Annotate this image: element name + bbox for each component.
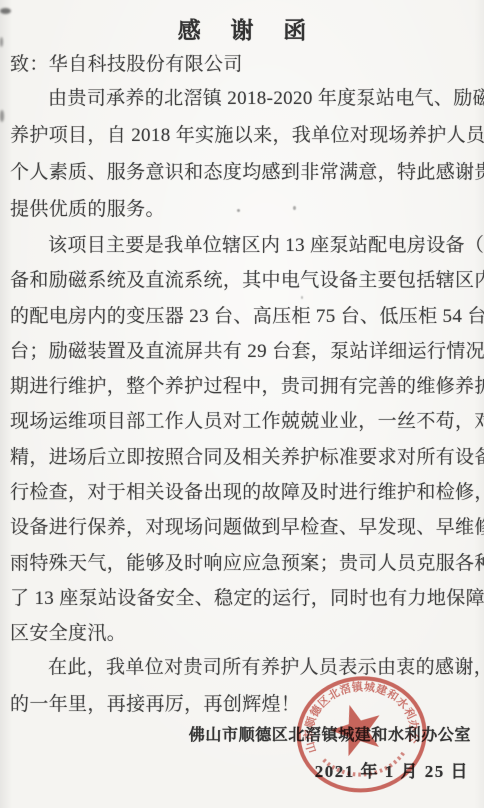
body-line: 养护项目，自 2018 年实施以来，我单位对现场养护人员技能水平、 (10, 117, 477, 154)
scanned-thank-you-letter: 感 谢 函 致：华自科技股份有限公司 由贵司承养的北滘镇 2018-2020 年… (0, 0, 484, 808)
body-line: 精，进场后立即按照合同及相关养护标准要求对所有设备运行状况进 (10, 440, 477, 475)
body-line: 提供优质的服务。 (10, 191, 477, 228)
body-line: 的配电房内的变压器 23 台、高压柜 75 台、低压柜 54 台、电容柜 16 (10, 299, 477, 334)
scan-artifact-dot (237, 209, 240, 212)
body-line: 设备进行保养，对现场问题做到早检查、早发现、早维修；在台风暴 (10, 510, 477, 545)
official-seal-stamp: 佛山市顺德区北滘镇城建和水利办公室 (282, 661, 450, 808)
paragraph-1: 由贵司承养的北滘镇 2018-2020 年度泵站电气、励磁及直流系统 养护项目，… (10, 80, 477, 228)
scan-artifact-smudge (0, 8, 11, 14)
scan-artifact-smudge (0, 110, 4, 122)
body-line: 台；励磁装置及直流屏共有 29 台套，泵站详细运行情况表附后）定 (10, 334, 477, 369)
letter-title: 感 谢 函 (0, 12, 484, 45)
star-icon (325, 697, 388, 759)
scan-artifact-dot (301, 296, 303, 299)
body-line: 备和励磁系统及直流系统，其中电气设备主要包括辖区内 13 个闸站 (10, 263, 477, 298)
body-line: 现场运维项目部工作人员对工作兢兢业业，一丝不苟，对养护精益求 (10, 404, 477, 439)
body-line: 行检查，对于相关设备出现的故障及时进行维护和检修，并且按时对 (10, 475, 477, 510)
paragraph-2: 该项目主要是我单位辖区内 13 座泵站配电房设备（包括电气设 备和励磁系统及直流… (10, 228, 477, 652)
body-line: 区安全度汛。 (10, 616, 477, 651)
seal-bottom-microtext (324, 753, 405, 778)
body-line: 该项目主要是我单位辖区内 13 座泵站配电房设备（包括电气设 (10, 228, 477, 263)
body-line: 雨特殊天气，能够及时响应应急预案；贵司人员克服各种困难，确保 (10, 546, 477, 581)
body-line: 了 13 座泵站设备安全、稳定的运行，同时也有力地保障了北滘镇辖 (10, 581, 477, 616)
body-line: 个人素质、服务意识和态度均感到非常满意，特此感谢贵司为我单位 (10, 154, 477, 191)
scan-artifact-smudge (0, 37, 3, 47)
scan-artifact-dot (293, 206, 296, 210)
salutation-line: 致：华自科技股份有限公司 (10, 49, 476, 76)
body-line: 期进行维护，整个养护过程中，贵司拥有完善的维修养护管理制度， (10, 369, 477, 404)
body-line: 由贵司承养的北滘镇 2018-2020 年度泵站电气、励磁及直流系统 (10, 80, 477, 117)
